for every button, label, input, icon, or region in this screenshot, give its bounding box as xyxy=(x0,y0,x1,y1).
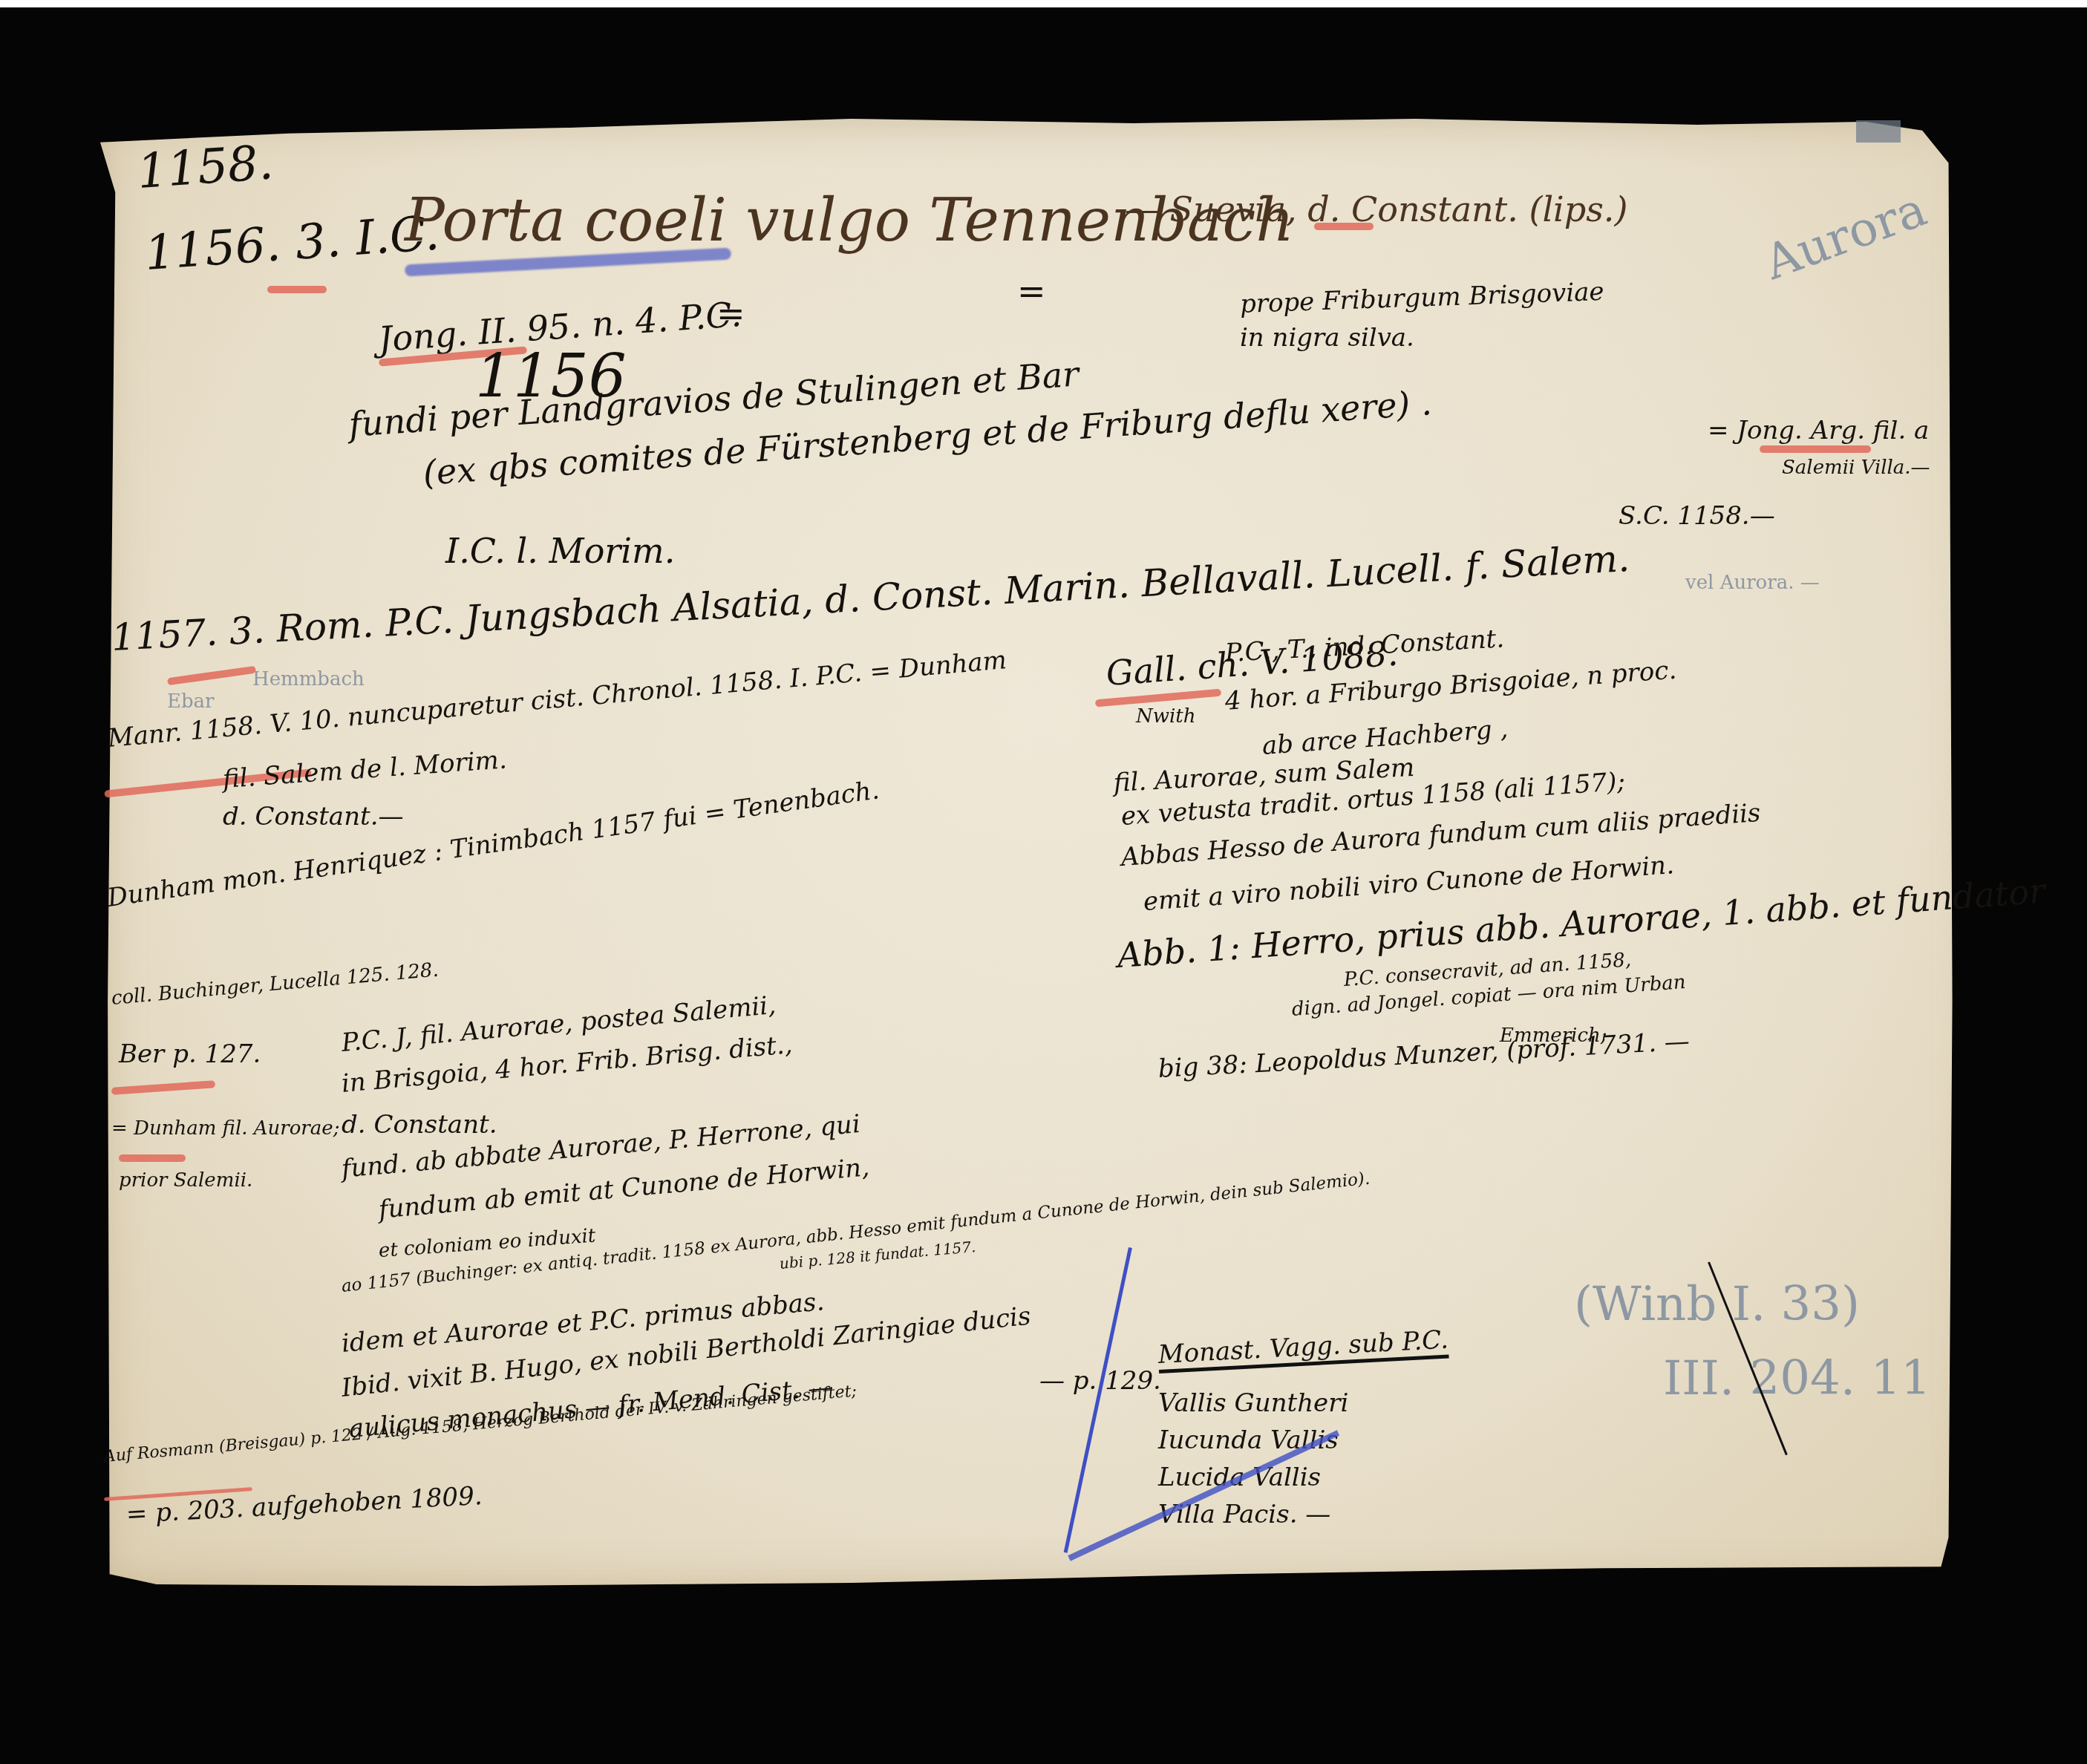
under-rom: Ebar xyxy=(167,690,215,713)
entry-1157-line4: d. Constant.— xyxy=(223,802,404,832)
scan-top-border xyxy=(0,0,2087,7)
equals-mark: = xyxy=(1017,271,1046,311)
dunham-note: = Dunham fil. Aurorae; xyxy=(111,1117,339,1140)
under-jungsbach: Hemmbach xyxy=(252,668,365,690)
red-underline xyxy=(1760,445,1871,453)
title-suffix: — Suevia, d. Constant. (lips.) xyxy=(1125,189,1627,229)
cross-reference: = Jong. Arg. fil. a xyxy=(1708,416,1929,445)
red-underline xyxy=(1314,223,1374,230)
equals-mark: = xyxy=(716,293,745,333)
red-underline xyxy=(119,1154,186,1162)
red-underline xyxy=(267,286,327,293)
monastery-item: Iucunda Vallis xyxy=(1158,1425,1339,1455)
cross-reference-2: Salemii Villa.— xyxy=(1782,457,1930,479)
number-1158: 1158. xyxy=(135,135,275,200)
corner-tab xyxy=(1856,120,1901,143)
under-gall: Nwith xyxy=(1136,705,1196,728)
pencil-ref-2: III. 204. 11 xyxy=(1663,1351,1931,1406)
salemii-note: prior Salemii. xyxy=(119,1169,252,1192)
sc-note: S.C. 1158.— xyxy=(1619,501,1775,531)
vel-aurora-note: vel Aurora. — xyxy=(1685,572,1820,594)
ic-note: I.C. l. Morim. xyxy=(445,531,675,571)
ber-note: Ber p. 127. xyxy=(119,1039,261,1069)
monastery-item: Vallis Guntheri xyxy=(1158,1388,1348,1418)
location-note: in nigra silva. xyxy=(1240,323,1414,353)
pc-text: d. Constant. xyxy=(342,1110,497,1140)
